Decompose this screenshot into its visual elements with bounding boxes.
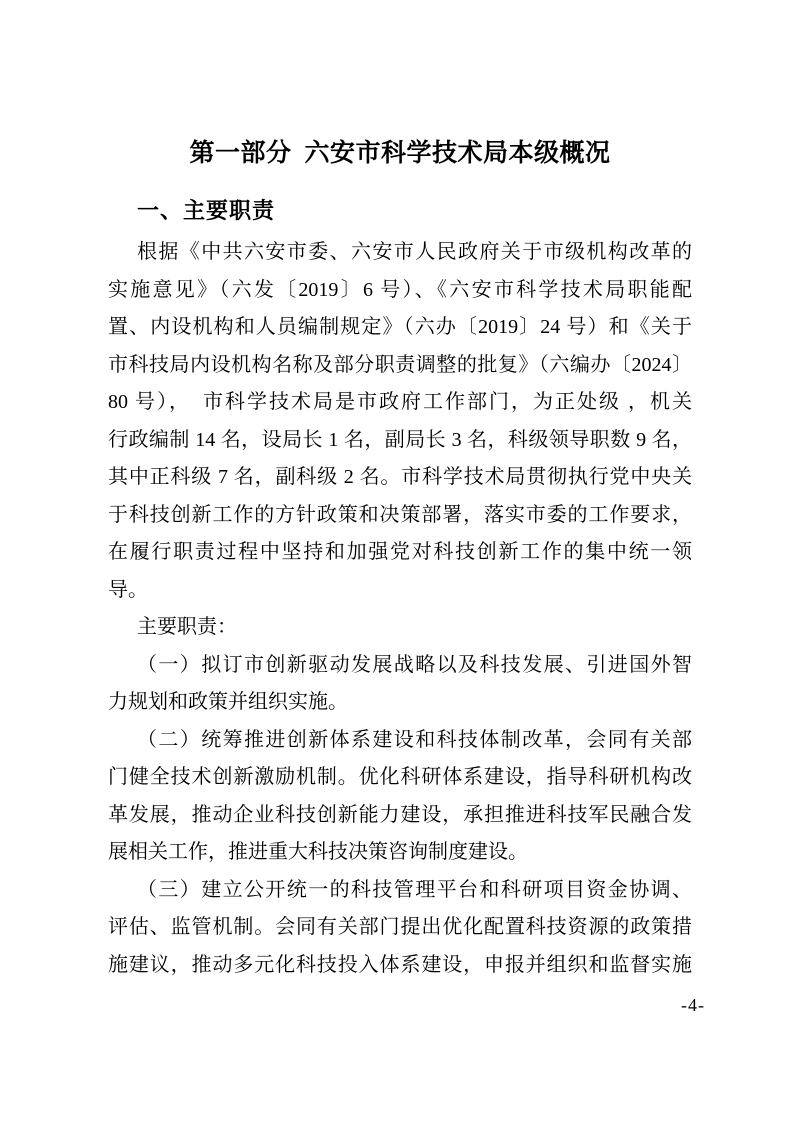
body-line: 展相关工作，推进重大科技决策咨询制度建设。 (108, 834, 692, 872)
body-line: 根据《中共六安市委、六安市人民政府关于市级机构改革的 (108, 234, 692, 272)
body-line: 导。 (108, 572, 692, 610)
body-line: 施建议，推动多元化科技投入体系建设，申报并组织和监督实施 (108, 947, 692, 985)
body-line: 评估、监管机制。会同有关部门提出优化配置科技资源的政策措 (108, 909, 692, 947)
body-line: 80 号）， 市科学技术局是市政府工作部门，为正处级 ，机关 (108, 384, 692, 422)
section-heading: 一、主要职责 (108, 196, 692, 226)
body-line: 革发展，推动企业科技创新能力建设，承担推进科技军民融合发 (108, 797, 692, 835)
document-content: 第一部分六安市科学技术局本级概况 一、主要职责 根据《中共六安市委、六安市人民政… (108, 0, 692, 984)
body-line: （一）拟订市创新驱动发展战略以及科技发展、引进国外智 (108, 647, 692, 685)
body-line: 市科技局内设机构名称及部分职责调整的批复》（六编办〔2024〕 (108, 347, 692, 385)
paragraph: （三）建立公开统一的科技管理平台和科研项目资金协调、 评估、监管机制。会同有关部… (108, 872, 692, 985)
document-title-prefix: 第一部分 (189, 139, 291, 167)
body-line: 在履行职责过程中坚持和加强党对科技创新工作的集中统一领 (108, 534, 692, 572)
body-line: 于科技创新工作的方针政策和决策部署，落实市委的工作要求， (108, 497, 692, 535)
body-line: （三）建立公开统一的科技管理平台和科研项目资金协调、 (108, 872, 692, 910)
body-text: 根据《中共六安市委、六安市人民政府关于市级机构改革的 实施意见》（六发〔2019… (108, 234, 692, 984)
body-line: （二）统筹推进创新体系建设和科技体制改革，会同有关部 (108, 722, 692, 760)
document-title: 第一部分六安市科学技术局本级概况 (108, 134, 692, 172)
document-page: 第一部分六安市科学技术局本级概况 一、主要职责 根据《中共六安市委、六安市人民政… (0, 0, 793, 1122)
body-line: 行政编制 14 名，设局长 1 名，副局长 3 名，科级领导职数 9 名， (108, 422, 692, 460)
body-line: 力规划和政策并组织实施。 (108, 684, 692, 722)
paragraph: 主要职责： (108, 609, 692, 647)
paragraph: （一）拟订市创新驱动发展战略以及科技发展、引进国外智 力规划和政策并组织实施。 (108, 647, 692, 722)
body-line: 其中正科级 7 名，副科级 2 名。市科学技术局贯彻执行党中央关 (108, 459, 692, 497)
body-line: 实施意见》（六发〔2019〕6 号）、《六安市科学技术局职能配 (108, 272, 692, 310)
body-line: 门健全技术创新激励机制。优化科研体系建设，指导科研机构改 (108, 759, 692, 797)
document-title-main: 六安市科学技术局本级概况 (305, 139, 611, 167)
paragraph: 根据《中共六安市委、六安市人民政府关于市级机构改革的 实施意见》（六发〔2019… (108, 234, 692, 609)
body-line: 置、内设机构和人员编制规定》（六办〔2019〕24 号）和《关于 (108, 309, 692, 347)
page-number: -4- (681, 994, 705, 1016)
paragraph: （二）统筹推进创新体系建设和科技体制改革，会同有关部 门健全技术创新激励机制。优… (108, 722, 692, 872)
body-line: 主要职责： (108, 609, 692, 647)
